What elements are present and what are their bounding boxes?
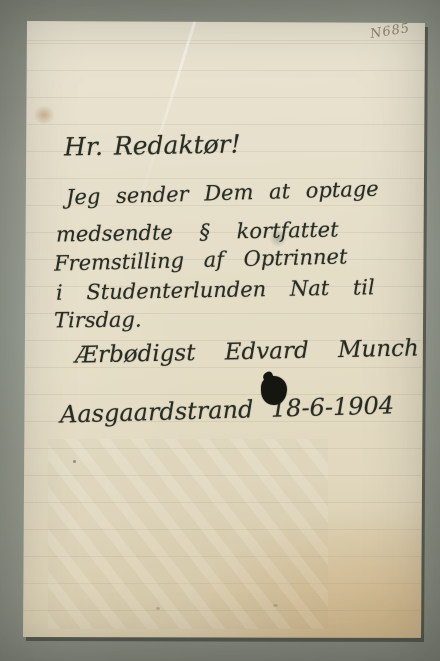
paper-wrap: N685 Hr. Redaktør! Jeg sender Dem at opt… (18, 19, 430, 643)
letter-photograph: N685 Hr. Redaktør! Jeg sender Dem at opt… (0, 0, 440, 661)
letter-line-body-5: Tirsdag. (54, 308, 142, 333)
letter-line-body-2: medsendte § kortfattet (56, 218, 339, 247)
paper-creases-bottom (48, 439, 328, 629)
stain-left (30, 102, 58, 128)
ink-blot (261, 376, 287, 405)
letter-paper: N685 Hr. Redaktør! Jeg sender Dem at opt… (18, 19, 430, 643)
paper-speck (273, 604, 278, 607)
letter-line-salutation: Hr. Redaktør! (64, 129, 241, 161)
paper-speck (156, 607, 160, 610)
paper-speck (73, 460, 76, 463)
